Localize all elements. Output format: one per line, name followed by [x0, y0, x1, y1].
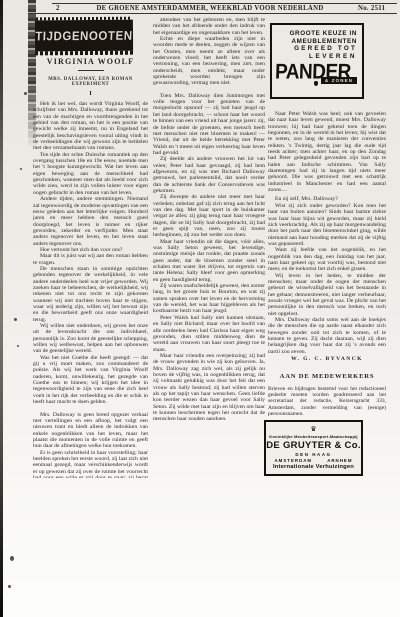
pander-zonen-text: & ZONEN [321, 77, 357, 84]
article-subtitle: MRS. DALLOWAY, EEN ROMAN EXPERIMENT [33, 77, 148, 87]
pander-advertisement: GROOTE KEUZE IN AMEUBLEMENTEN GEREED TOT… [270, 23, 364, 99]
paragraph: Wij willen niet onderdoen, wij geven het… [33, 323, 148, 355]
ink-drip-icon [314, 81, 318, 86]
title-divider [78, 70, 104, 71]
section-banner-label: TIJDGENOOTEN [35, 28, 133, 43]
paragraph: Zij dweepte de andere niet meer met haar… [153, 194, 265, 238]
paragraph: De menschen staan in sommige opzichten g… [33, 266, 148, 323]
author-signature: W. G. C. BYVANCK [268, 356, 386, 362]
crown-icon: ♛ [310, 427, 316, 433]
paragraph: Naar Peter Walsh was heel; ook van gevoe… [268, 111, 386, 193]
gruyter-city-denhaag: DEN HAAG [295, 452, 331, 457]
scan-speck [20, 168, 22, 170]
header-rule-bottom [28, 13, 397, 14]
paragraph: attendeer van het gebeuren en, men blijf… [153, 17, 265, 36]
paragraph: Wist zij zich ouder geworden? Kon men he… [268, 203, 386, 247]
gruyter-tagline: Koninklijke Meubeltransport-Maatschappij [269, 434, 357, 439]
section-marker: I [33, 90, 148, 97]
paragraph: Maar haar vriendin een overpeinzing; zij… [153, 353, 265, 423]
scan-speck [14, 318, 17, 321]
paragraph: Ten tijde der echte Duitsche romantiek o… [33, 152, 148, 196]
gruyter-advertisement: ♛ Koninklijke Meubeltransport-Maatschapp… [264, 420, 363, 476]
pander-logo: PANDER & ZONEN [277, 62, 357, 88]
paragraph: Maar dit is juist wat wij aan den roman … [33, 253, 148, 266]
pander-ad-line-3: GEREED TOT [277, 45, 357, 53]
paragraph: Andere tijden, andere stemmingen. Nieman… [33, 196, 148, 247]
paragraph: Toen Mrs. Dalloway dien Junimorgen met v… [153, 93, 265, 156]
notice-body: Brieven en bijdragen bestemd voor het re… [268, 386, 386, 416]
gruyter-city-amsterdam: AMSTERDAM [275, 458, 313, 463]
issue-number: No. 2511 [358, 5, 385, 12]
article-column-1: Heb ik het wel, dan wordt Virginia Woolf… [33, 101, 148, 478]
notice-title: AAN DE MEDEWERKERS [268, 373, 386, 380]
scan-speck [8, 585, 11, 588]
paragraph: Mrs. Dalloway is geen breed opgezet verh… [33, 412, 148, 450]
paragraph: Wij leven in het heden, te midden der me… [268, 273, 386, 317]
newspaper-title: DE GROENE AMSTERDAMMER, WEEKBLAD VOOR NE… [60, 5, 360, 12]
paragraph: Zij waren onafscheidelijk geweest, den z… [153, 283, 265, 315]
article-column-2: attendeer van het gebeuren en, men blijf… [153, 17, 265, 479]
paragraph: Maar haar vriendin uit die dagen, vóór a… [153, 239, 265, 283]
header-rule-top [52, 3, 397, 4]
paragraph: Echte en diepe waarheden zijn niet in wo… [153, 36, 265, 87]
paragraph: Er is geen schrielheid in haar voorstell… [33, 450, 148, 478]
gruyter-city-arnhem: ARNHEM [327, 458, 352, 463]
section-banner: TIJDGENOOTEN [35, 20, 133, 52]
paragraph: Want zij leefde van het oogenblik, en he… [268, 247, 386, 272]
gruyter-brand-text: DE GRUYTER & Co. [266, 440, 361, 451]
scan-speck [17, 345, 19, 347]
paragraph: Zij deelde als andere vrouwen het lot va… [153, 156, 265, 194]
scan-edge-line [0, 0, 3, 617]
gruyter-cities-row: AMSTERDAM ARNHEM [275, 458, 353, 463]
gruyter-footer-text: Internationale Verhuizingen [273, 464, 354, 470]
pander-ad-line-4: LEVEREN [277, 53, 357, 61]
paragraph: Heb ik het wel, dan wordt Virginia Woolf… [33, 101, 148, 152]
scan-speck [24, 92, 27, 95]
pander-ad-line-1: GROOTE KEUZE IN [277, 30, 357, 38]
article-title: VIRGINIA WOOLF [33, 57, 148, 66]
article-column-3: Naar Peter Walsh was heel; ook van gevoe… [268, 111, 386, 353]
pander-ad-line-2: AMEUBLEMENTEN [277, 38, 357, 46]
paragraph: Mrs. Dalloway dacht soms wel aan de boek… [268, 317, 386, 353]
scan-speck [10, 556, 14, 561]
paragraph: Was het niet Goethe die heeft gezegd: — … [33, 355, 148, 406]
newspaper-page: 2 DE GROENE AMSTERDAMMER, WEEKBLAD VOOR … [0, 0, 400, 617]
paragraph: Peter Walsh had Sally niet kunnen uitsta… [153, 315, 265, 353]
